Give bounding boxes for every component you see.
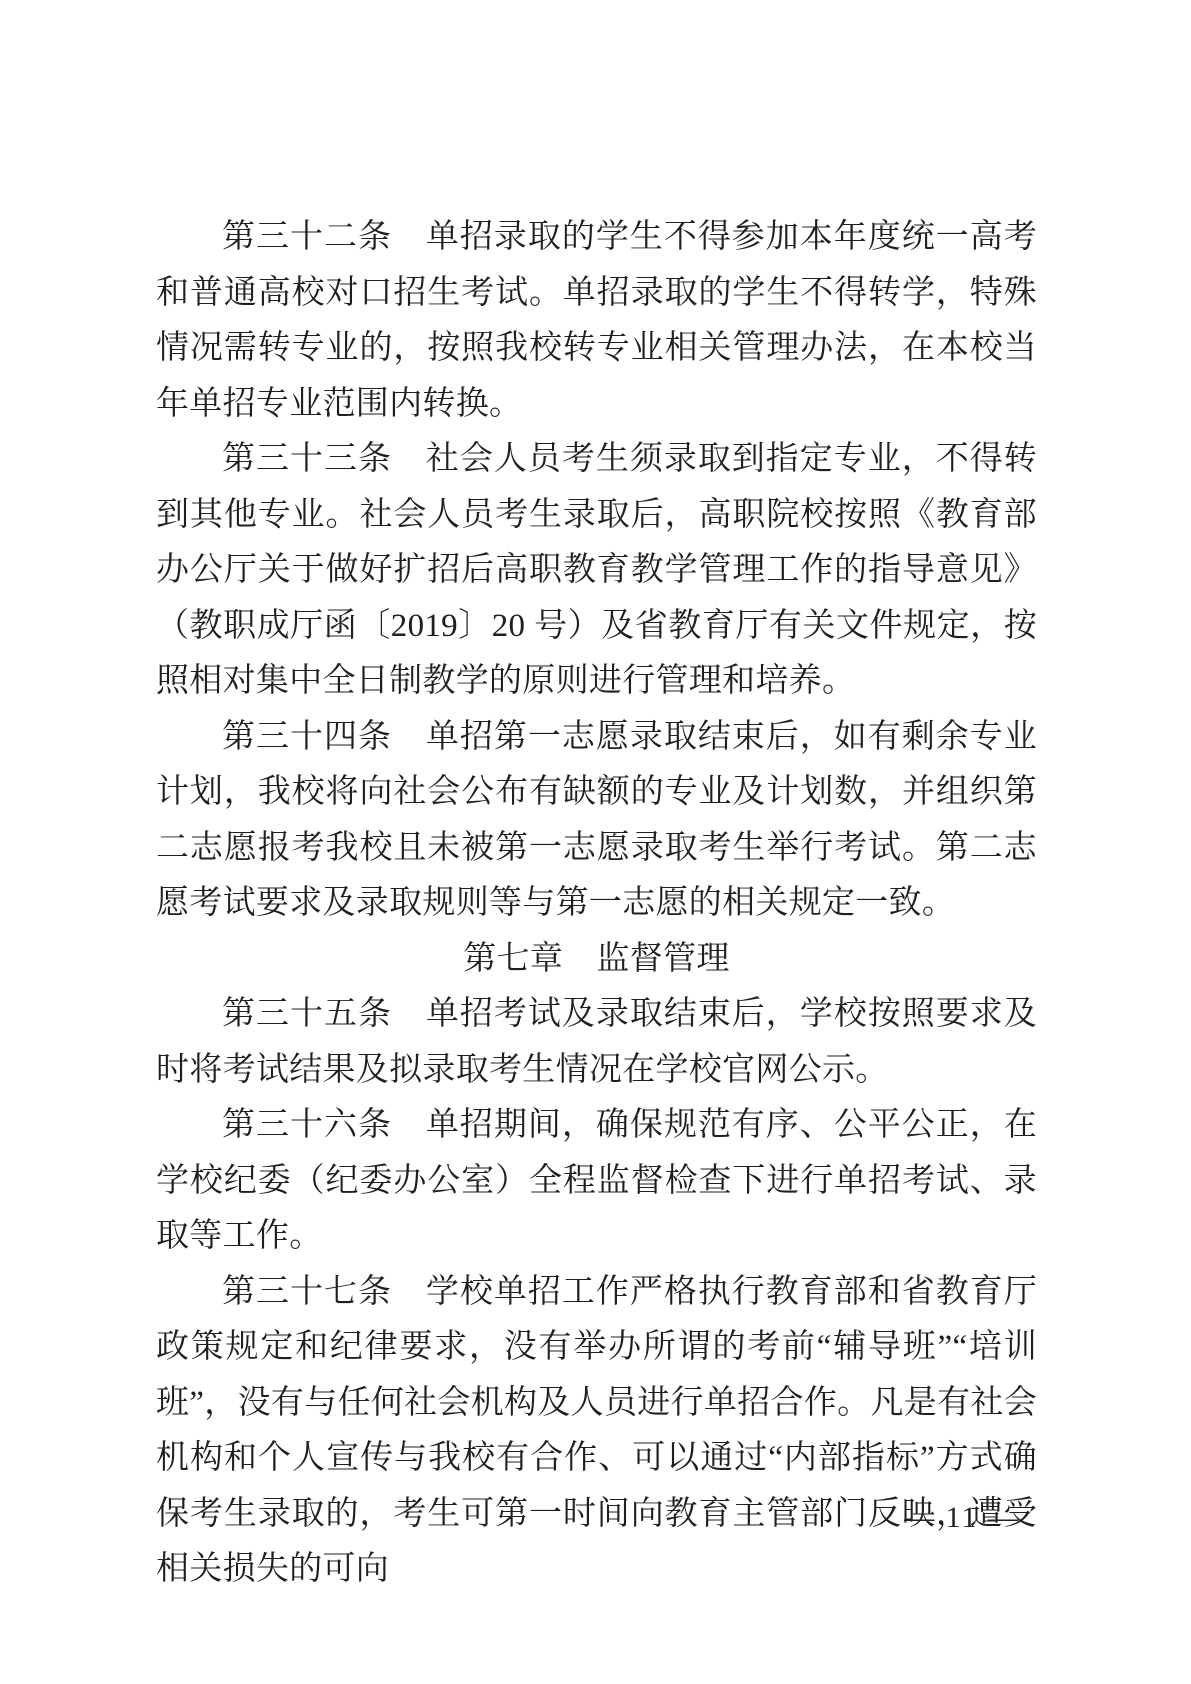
document-content: 第三十二条 单招录取的学生不得参加本年度统一高考和普通高校对口招生考试。单招录取…: [156, 210, 1037, 1598]
paragraph-article-34: 第三十四条 单招第一志愿录取结束后，如有剩余专业计划，我校将向社会公布有缺额的专…: [156, 710, 1037, 932]
paragraph-article-33: 第三十三条 社会人员考生须录取到指定专业，不得转到其他专业。社会人员考生录取后，…: [156, 432, 1037, 710]
page-number: — 11 —: [904, 1500, 1020, 1536]
paragraph-article-32: 第三十二条 单招录取的学生不得参加本年度统一高考和普通高校对口招生考试。单招录取…: [156, 210, 1037, 432]
document-page: 第三十二条 单招录取的学生不得参加本年度统一高考和普通高校对口招生考试。单招录取…: [0, 0, 1191, 1684]
paragraph-article-35: 第三十五条 单招考试及录取结束后，学校按照要求及时将考试结果及拟录取考生情况在学…: [156, 987, 1037, 1098]
paragraph-article-36: 第三十六条 单招期间，确保规范有序、公平公正，在学校纪委（纪委办公室）全程监督检…: [156, 1098, 1037, 1265]
paragraph-article-37: 第三十七条 学校单招工作严格执行教育部和省教育厅政策规定和纪律要求，没有举办所谓…: [156, 1265, 1037, 1598]
chapter-7-heading: 第七章 监督管理: [156, 932, 1037, 988]
